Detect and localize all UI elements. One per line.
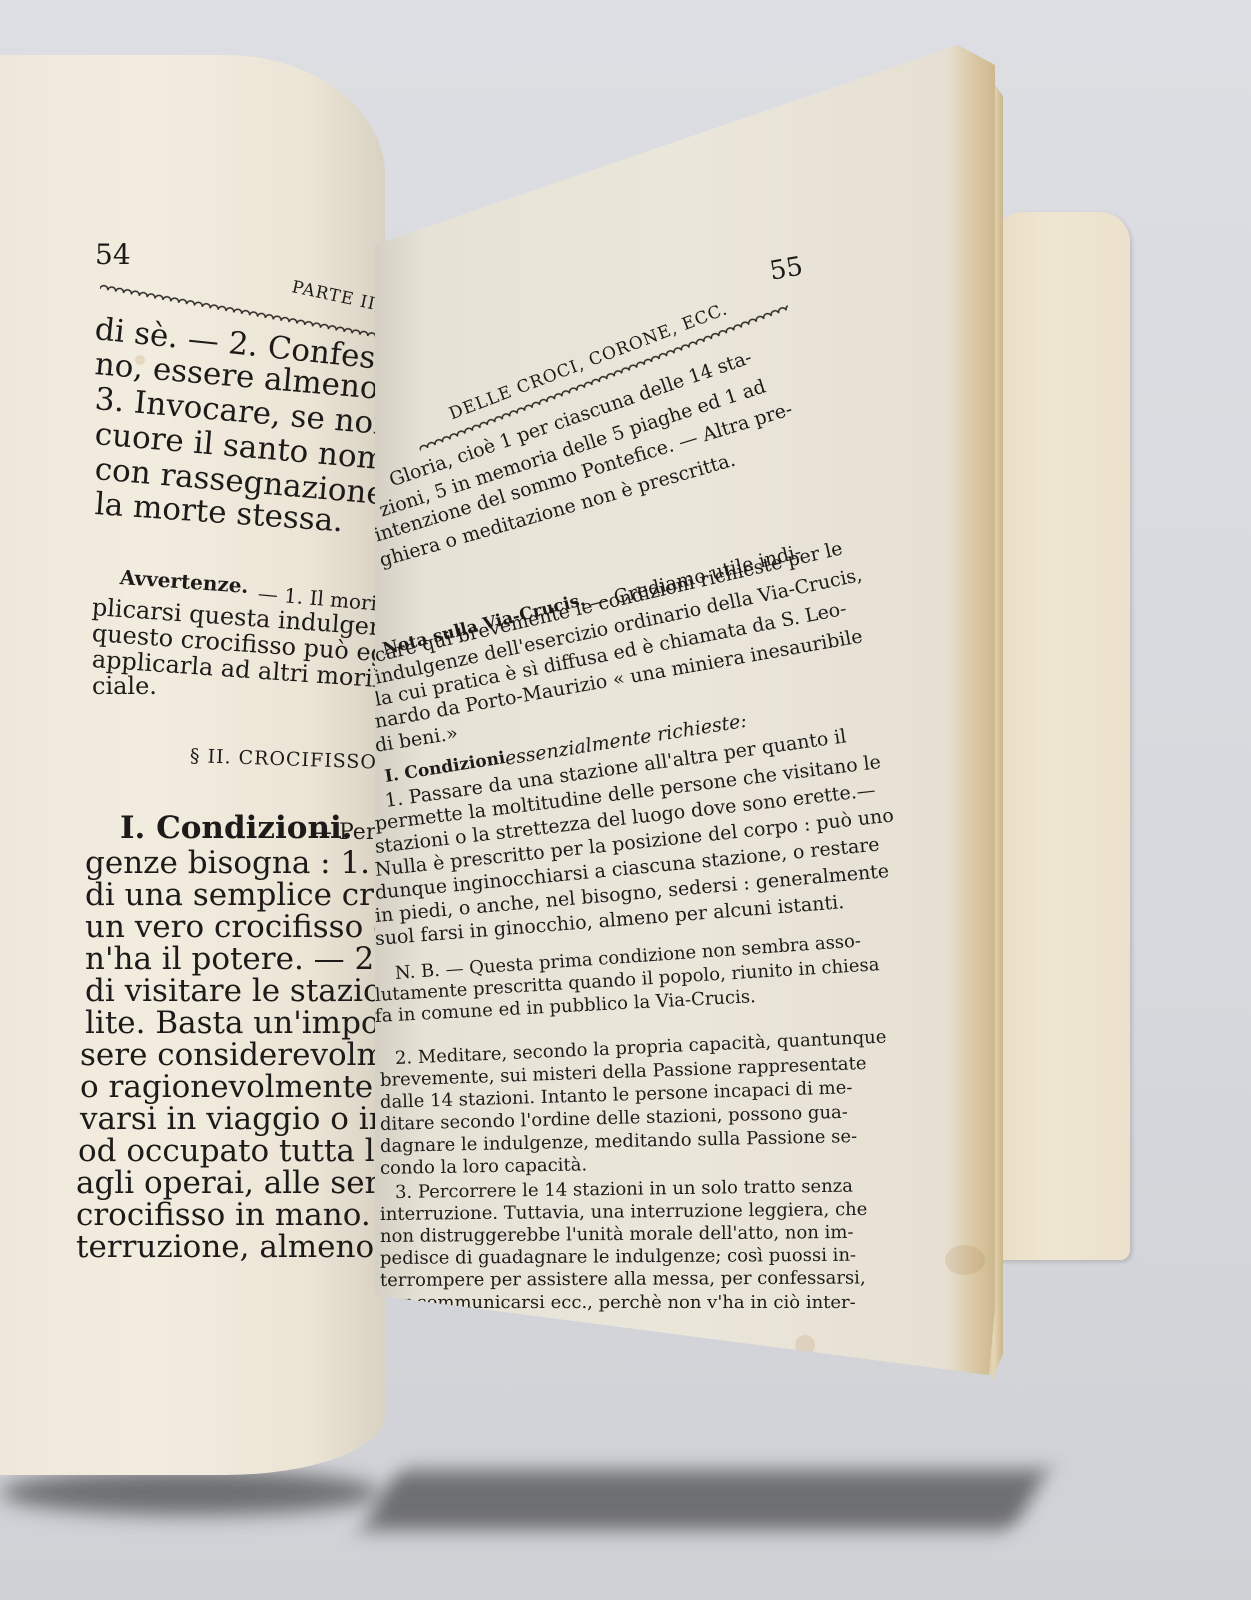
left-page: 54 PARTE II, ... di sè. — 2. Confessarsi… — [0, 55, 385, 1475]
back-page — [995, 212, 1130, 1260]
page-number-left: 54 — [95, 238, 131, 271]
text-line: n'ha il potere. — 2. Essere ... — [85, 941, 385, 977]
text-line: per communicarsi ecc., perchè non v'ha i… — [380, 1292, 856, 1313]
text-line: genze bisogna : 1. Usare, ... — [85, 845, 385, 881]
text-line: crocifisso in mano. — 4. In... — [76, 1197, 385, 1233]
text-line: un vero crocifisso e indu... — [85, 909, 385, 945]
left-page-shadow — [0, 1470, 380, 1515]
right-page: 55 DELLE CROCI, CORONE, ECC. Gloria, cio… — [375, 45, 995, 1375]
text-line: lite. Basta un'impossibilità ... — [85, 1005, 385, 1041]
text-line: agli operai, alle serve ecc. ... — [76, 1165, 385, 1201]
text-line: interruzione. Tuttavia, una interruzione… — [380, 1199, 868, 1225]
page-number-right: 55 — [767, 251, 805, 286]
right-page-shadow — [363, 1470, 1048, 1530]
text-line: o ragionevolmente impedito ... — [80, 1069, 385, 1105]
text-line: od occupato tutta la giorna... — [78, 1133, 385, 1169]
text-line: terrompere per assistere alla messa, per… — [380, 1267, 866, 1291]
text-line: pedisce di guadagnare le indulgenze; cos… — [380, 1245, 856, 1269]
text-line: non distruggerebbe l'unità morale dell'a… — [380, 1222, 854, 1247]
text-line: di visitare le stazioni, can... — [85, 973, 385, 1009]
text-line: — Per gu... — [310, 820, 385, 845]
text-line: sere considerevolmente lonta... — [80, 1037, 385, 1073]
text-line: terruzione, almeno notabile ... — [76, 1229, 385, 1265]
text-line: ciale. — [92, 672, 157, 700]
section-title: § II. CROCIFISSO PER LA ... — [190, 745, 385, 778]
text-line: varsi in viaggio o in compa... — [80, 1101, 385, 1137]
text-line: condo la loro capacità. — [380, 1154, 587, 1179]
text-line: di una semplice croce sen... — [85, 877, 385, 913]
running-head-left: PARTE II, ... — [290, 277, 385, 321]
avvertenze-heading: Avvertenze. — [119, 565, 249, 598]
